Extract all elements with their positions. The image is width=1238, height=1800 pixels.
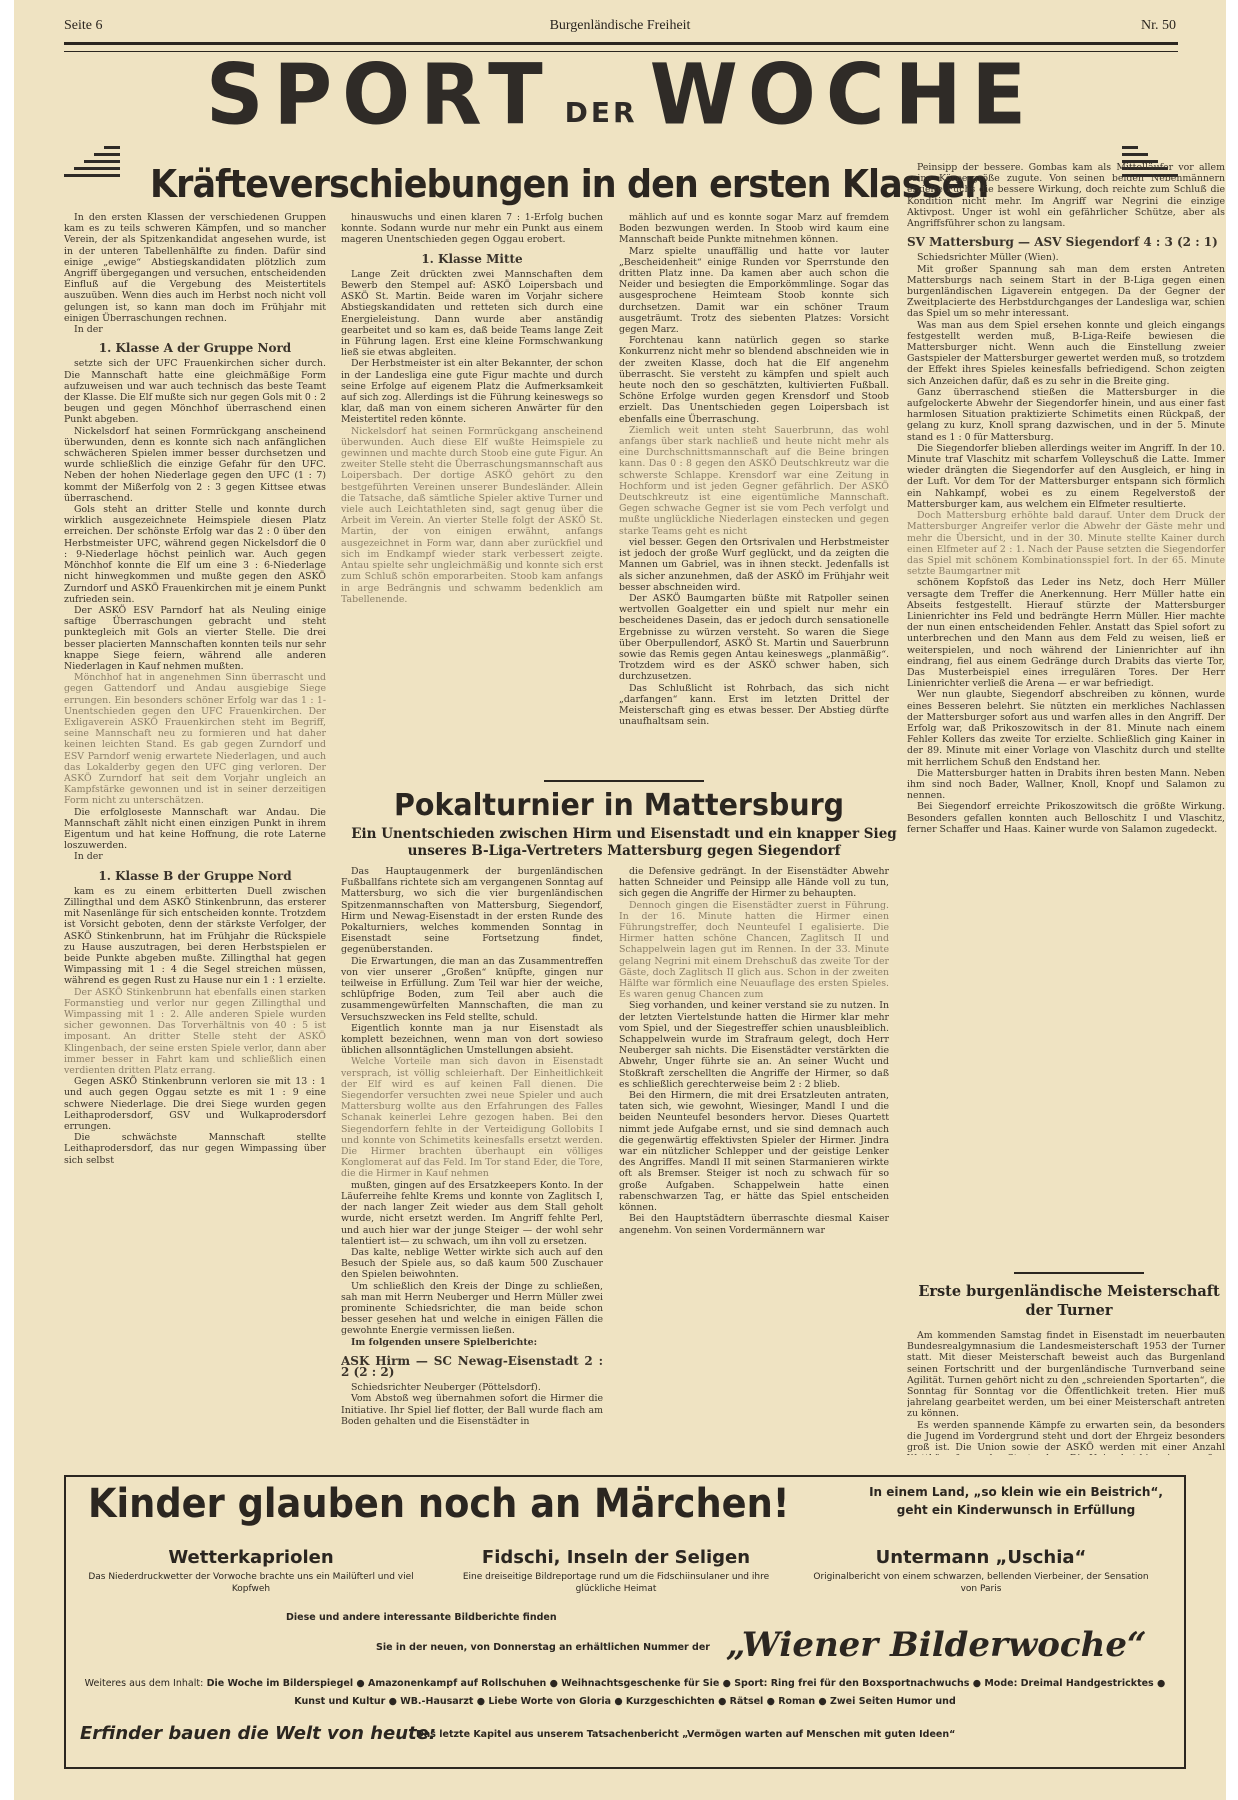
article-headline-kraefteverschiebungen: Kräfteverschiebungen in den ersten Klass… xyxy=(150,162,988,206)
page-header: Seite 6 Burgenländische Freiheit Nr. 50 xyxy=(64,18,1176,40)
paragraph: In den ersten Klassen der verschiedenen … xyxy=(64,212,326,324)
ad-item-desc: Das Niederdruckwetter der Vorwoche brach… xyxy=(76,1571,426,1595)
headline-line-1: Erste burgenländische Meisterschaft xyxy=(914,1282,1224,1301)
ad-item-title: Wetterkapriolen xyxy=(76,1547,426,1568)
ad-contents-label: Weiteres aus dem Inhalt: xyxy=(85,1678,204,1689)
paragraph: Bei Siegendorf erreichte Prikoszowitsch … xyxy=(907,801,1225,835)
paragraph: schönem Kopfstoß das Leder ins Netz, doc… xyxy=(907,577,1225,689)
paragraph: Nickelsdorf hat seinen Formrückgang ansc… xyxy=(64,426,326,504)
paragraph: Die Siegendorfer blieben allerdings weit… xyxy=(907,443,1225,510)
paragraph: mählich auf und es konnte sogar Marz auf… xyxy=(619,212,889,246)
ad-teaser: In einem Land, „so klein wie ein Beistri… xyxy=(826,1483,1206,1519)
divider-ornament xyxy=(1014,1272,1144,1274)
paragraph: hinauswuchs und einen klaren 7 : 1-Erfol… xyxy=(341,212,603,246)
paragraph: Lange Zeit drückten zwei Mannschaften de… xyxy=(341,269,603,359)
article1-column-1: In den ersten Klassen der verschiedenen … xyxy=(64,212,326,1442)
paragraph: Eigentlich konnte man ja nur Eisenstadt … xyxy=(341,1023,603,1057)
subheading-klasse-a-nord: 1. Klasse A der Gruppe Nord xyxy=(64,343,326,354)
stair-ornament-left-icon xyxy=(64,142,120,186)
paragraph: Was man aus dem Spiel ersehen konnte und… xyxy=(907,320,1225,387)
ad-item-title: Untermann „Uschia“ xyxy=(806,1547,1156,1568)
paragraph: Die erfolgloseste Mannschaft war Andau. … xyxy=(64,807,326,852)
paragraph: Die Erwartungen, die man an das Zusammen… xyxy=(341,956,603,1023)
ad-item-desc: Eine dreiseitige Bildreportage rund um d… xyxy=(441,1571,791,1595)
referee-line: Schiedsrichter Neuberger (Pöttelsdorf). xyxy=(341,1382,603,1393)
match-title-mattersburg-siegendorf: SV Mattersburg — ASV Siegendorf 4 : 3 (2… xyxy=(907,237,1225,248)
paragraph: Das kalte, neblige Wetter wirkte sich au… xyxy=(341,1247,603,1281)
ad-brand-wiener-bilderwoche: „Wiener Bilderwoche“ xyxy=(726,1625,1147,1665)
subheadline-line-1: Ein Unentschieden zwischen Hirm und Eise… xyxy=(344,826,904,843)
ad-teaser-line-2: geht ein Kinderwunsch in Erfüllung xyxy=(826,1501,1206,1519)
masthead-word-der: DER xyxy=(565,96,638,129)
paragraph: Bei den Hirmern, die mit drei Ersatzleut… xyxy=(619,1090,889,1213)
paragraph: Am kommenden Samstag findet in Eisenstad… xyxy=(907,1330,1225,1420)
paragraph: Um schließlich den Kreis der Dinge zu sc… xyxy=(341,1281,603,1337)
ad-find-line-1: Diese und andere interessante Bildberich… xyxy=(286,1612,557,1623)
article-headline-turner: Erste burgenländische Meisterschaft der … xyxy=(914,1282,1224,1320)
paragraph: mußten, gingen auf des Ersatzkeepers Kon… xyxy=(341,1180,603,1247)
paragraph: Das Hauptaugenmerk der burgenländischen … xyxy=(341,866,603,956)
ad-contents-text: Die Woche im Bilderspiegel ● Amazonenkam… xyxy=(207,1678,1166,1707)
masthead-word-woche: WOCHE xyxy=(650,50,1037,140)
paragraph: Sieg vorhanden, und keiner verstand sie … xyxy=(619,1000,889,1090)
ad-bottom-title: Erfinder bauen die Welt von heute: xyxy=(80,1723,436,1744)
paragraph: Bei den Hauptstädtern überraschte diesma… xyxy=(619,1213,889,1235)
paragraph: Ganz überraschend stießen die Mattersbur… xyxy=(907,387,1225,443)
ad-item-fidschi: Fidschi, Inseln der Seligen Eine dreisei… xyxy=(441,1547,791,1595)
article1-column-2: hinauswuchs und einen klaren 7 : 1-Erfol… xyxy=(341,212,603,777)
ad-item-wetterkapriolen: Wetterkapriolen Das Niederdruckwetter de… xyxy=(76,1547,426,1595)
article3-body: Am kommenden Samstag findet in Eisenstad… xyxy=(907,1330,1225,1455)
paragraph: Die Mattersburger hatten in Drabits ihre… xyxy=(907,768,1225,802)
ad-contents: Weiteres aus dem Inhalt: Die Woche im Bi… xyxy=(76,1675,1174,1711)
subheading-klasse-mitte: 1. Klasse Mitte xyxy=(341,254,603,265)
paragraph: Die schwächste Mannschaft stellte Leitha… xyxy=(64,1132,326,1166)
paragraph: die Defensive gedrängt. In der Eisenstäd… xyxy=(619,866,889,900)
paragraph: Der Herbstmeister ist ein alter Bekannte… xyxy=(341,358,603,425)
masthead-word-sport: SPORT xyxy=(206,50,553,140)
referee-line: Schiedsrichter Müller (Wien). xyxy=(907,252,1225,263)
paragraph: Es werden spannende Kämpfe zu erwarten s… xyxy=(907,1420,1225,1455)
paragraph: In der xyxy=(64,324,326,335)
ad-teaser-line-1: In einem Land, „so klein wie ein Beistri… xyxy=(826,1483,1206,1501)
subheading-klasse-b-nord: 1. Klasse B der Gruppe Nord xyxy=(64,871,326,882)
paragraph: Der ASKÖ ESV Parndorf hat als Neuling ei… xyxy=(64,605,326,672)
paragraph: Das Schlußlicht ist Rohrbach, das sich n… xyxy=(619,683,889,728)
paragraph: setzte sich der UFC Frauenkirchen sicher… xyxy=(64,358,326,425)
right-column-match-report: Peinsipp der bessere. Gombas kam als Mit… xyxy=(907,162,1225,1274)
article2-column-2: die Defensive gedrängt. In der Eisenstäd… xyxy=(619,866,889,1451)
ad-bottom-desc: Das letzte Kapitel aus unserem Tatsachen… xyxy=(416,1729,955,1740)
ad-item-title: Fidschi, Inseln der Seligen xyxy=(441,1547,791,1568)
ad-find-line-2: Sie in der neuen, von Donnerstag an erhä… xyxy=(376,1642,710,1653)
issue-number: Nr. 50 xyxy=(1141,18,1176,34)
advertisement-wiener-bilderwoche: Kinder glauben noch an Märchen! In einem… xyxy=(64,1475,1186,1769)
ad-item-uschia: Untermann „Uschia“ Originalbericht von e… xyxy=(806,1547,1156,1595)
paragraph: Im folgenden unsere Spielberichte: xyxy=(341,1337,603,1348)
paragraph: Marz spielte unauffällig und hatte vor l… xyxy=(619,246,889,336)
divider-ornament xyxy=(544,780,704,782)
headline-line-2: der Turner xyxy=(914,1301,1224,1320)
paragraph: kam es zu einem erbitterten Duell zwisch… xyxy=(64,886,326,987)
article1-column-3: mählich auf und es konnte sogar Marz auf… xyxy=(619,212,889,777)
paragraph: Mit großer Spannung sah man dem ersten A… xyxy=(907,264,1225,320)
section-masthead: SPORTDERWOCHE xyxy=(64,52,1178,138)
paragraph: viel besser. Gegen den Ortsrivalen und H… xyxy=(619,537,889,593)
paragraph: Wer nun glaubte, Siegendorf abschreiben … xyxy=(907,689,1225,767)
paragraph: Gols steht an dritter Stelle und konnte … xyxy=(64,504,326,605)
paragraph: Vom Abstoß weg übernahmen sofort die Hir… xyxy=(341,1393,603,1427)
paragraph: Gegen ASKÖ Stinkenbrunn verloren sie mit… xyxy=(64,1076,326,1132)
paragraph: Der ASKÖ Baumgarten büßte mit Ratpoller … xyxy=(619,593,889,683)
match-title-hirm-eisenstadt: ASK Hirm — SC Newag-Eisenstadt 2 : 2 (2 … xyxy=(341,1356,603,1378)
paragraph: Peinsipp der bessere. Gombas kam als Mit… xyxy=(907,162,1225,229)
article-headline-pokalturnier: Pokalturnier in Mattersburg xyxy=(394,788,844,823)
paragraph: Forchtenau kann natürlich gegen so stark… xyxy=(619,335,889,425)
article-subheadline: Ein Unentschieden zwischen Hirm und Eise… xyxy=(344,826,904,860)
newspaper-name: Burgenländische Freiheit xyxy=(64,18,1176,34)
paragraph: In der xyxy=(64,851,326,862)
ad-headline: Kinder glauben noch an Märchen! xyxy=(88,1481,790,1527)
article2-column-1: Das Hauptaugenmerk der burgenländischen … xyxy=(341,866,603,1451)
newspaper-page: Seite 6 Burgenländische Freiheit Nr. 50 … xyxy=(14,0,1226,1800)
ad-item-desc: Originalbericht von einem schwarzen, bel… xyxy=(806,1571,1156,1595)
subheadline-line-2: unseres B-Liga-Vertreters Mattersburg ge… xyxy=(344,843,904,860)
